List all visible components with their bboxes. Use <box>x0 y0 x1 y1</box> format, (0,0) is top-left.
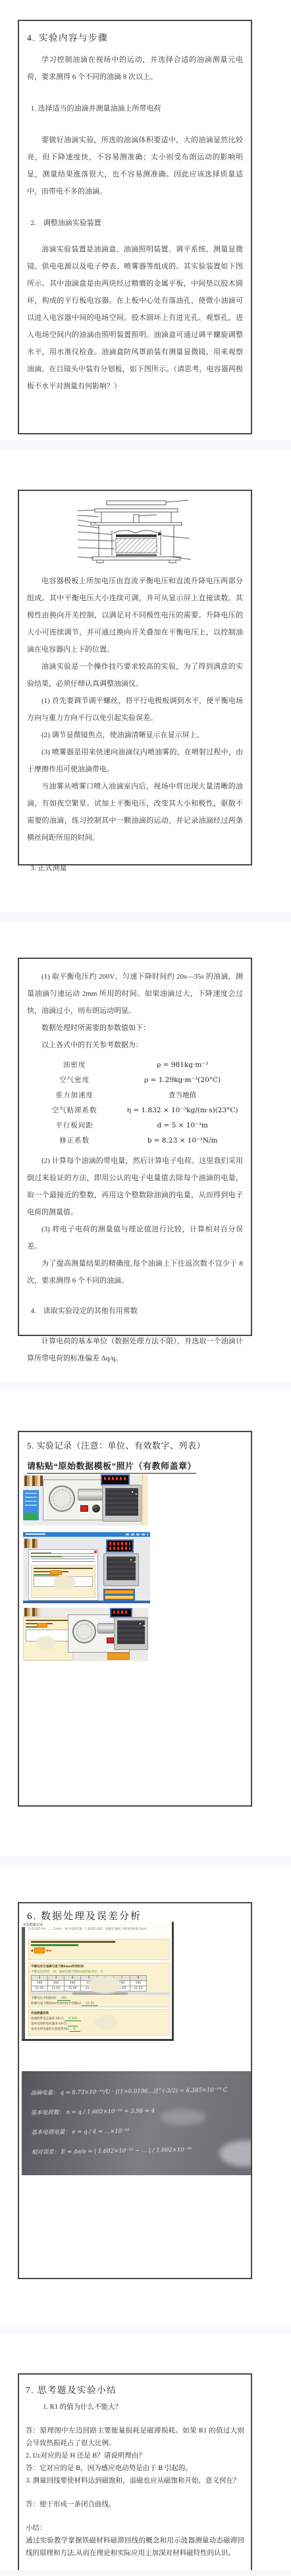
measurement-panel: 平衡电压与油滴匀速下降2mm所用时间 平衡电压(单位：V)、油滴匀速下降2mm时… <box>28 1963 170 2007</box>
table-header-row: 2345678 <box>32 1976 147 1981</box>
summary-text: 通过实验教学掌握铁磁材料磁滞回线的概念和用示波器测量动态磁滞回线的原理和方法,从… <box>26 2535 244 2560</box>
lab-report-page: { "colors": { "page_band": "#f6f8fb", "b… <box>0 0 291 2576</box>
page-break-band <box>0 1381 291 1389</box>
page-break-band <box>0 2570 291 2576</box>
record-form <box>23 1617 73 1661</box>
paragraph: 计算电荷的基本单位（数据处理方法不限），并选取一个油滴计算所带电荷的标准偏差 Δ… <box>27 1333 243 1367</box>
screenshot-data-form <box>23 1532 150 1603</box>
voltage-cell: 192 <box>130 1981 147 1986</box>
result-err-label: 基本电荷电量的实验误差(%) <box>31 2028 68 2031</box>
parameter-row: 重力加速度 查当地值 <box>27 1088 243 1103</box>
section-record: 5. 实验记录（注意：单位、有效数字、列表） 请粘贴“原始数据模板”照片（有教师… <box>18 1431 252 1807</box>
photo-edge-strip <box>24 1539 38 1548</box>
avg-voltage-value: 192 <box>57 1997 71 2001</box>
stamp-blob <box>53 1575 76 1589</box>
viewing-monitor <box>102 1485 142 1522</box>
time-cell: 21.50 <box>32 1986 48 1992</box>
question-1: 1. R1 的值为什么不能大？ <box>26 2401 244 2413</box>
parameter-value: 查当地值 <box>122 1088 243 1103</box>
avg-time-label: 油滴匀速下降2mm所用时间平均值(s) <box>31 2002 81 2005</box>
parameter-label: 平行板间距 <box>27 1118 122 1133</box>
paragraph: 要做好油滴实验，所选的油滴体积要适中，大的油滴显然比较亮，但下降速度快，不容易测… <box>27 132 243 200</box>
handwritten-line: 相对误差： E = Δe/e = | 1.602×10⁻¹⁹ − … | / 1… <box>32 2139 245 2163</box>
parameter-row: 修正系数 b = 8.23 × 10⁻³N/m <box>27 1133 243 1148</box>
start-button <box>24 1514 38 1519</box>
power-button <box>107 1637 114 1643</box>
subheading: 2. 调整油滴实验装置 <box>27 215 243 232</box>
screenshot-data-record: 实验数据记录 1.01325 Pa；……5mm；单元电荷电量：1.602E-19… <box>22 1922 174 2041</box>
question-3: 3. 测量回线要使材料达到磁饱和，退磁也应从磁饱和开始，意义何在？ <box>26 2475 244 2487</box>
table-header-cell: 4 <box>65 1976 81 1981</box>
parameter-label: 油密度 <box>27 1058 122 1073</box>
subheading: 4. 读取实验设定的其他有用常数 <box>27 1302 243 1320</box>
status-panel: ● ▬▬ <box>28 1939 170 1960</box>
control-knob <box>92 1505 100 1512</box>
parameter-table: 油密度 ρ = 981kg·m⁻³ 空气密度 ρ = 1.29kg·m⁻³(20… <box>27 1058 243 1148</box>
form-edge <box>142 1474 148 1526</box>
record-sheet-window <box>28 1549 98 1601</box>
voltage-cell: 192 <box>48 1981 65 1986</box>
photo-edge-strip <box>24 1476 43 1486</box>
avg-time-value: 21.52 <box>82 2002 98 2006</box>
viewing-monitor <box>103 1553 139 1586</box>
paragraph: 学习控制油滴在视场中的运动，并选择合适的油滴测量元电荷，要求测得 6 个不同的油… <box>27 51 243 86</box>
paragraph: 油滴实验装置是油滴盒、油滴照明装置、调平系统、测量显微镜、供电电源以及电子停表、… <box>27 241 243 395</box>
page-break-band <box>0 912 291 921</box>
section-experiment-steps: 4. 实验内容与步骤 学习控制油滴在视场中的运动，并选择合适的油滴测量元电荷，要… <box>18 20 252 434</box>
page-break-band <box>0 2325 291 2334</box>
timer-led-display <box>101 1474 130 1485</box>
timer-led-display <box>106 1539 134 1553</box>
environment-parameters: 1.01325 Pa；……5mm；单元电荷电量：1.602E-19C；油滴在图标… <box>28 1928 171 1932</box>
section-apparatus: 电容器极板上所加电压由直流平衡电压和直流升降电压两部分组成。其中平衡电压大小连续… <box>18 490 252 865</box>
power-button <box>80 1505 88 1512</box>
section-title: 5. 实验记录（注意：单位、有效数字、列表） <box>27 1439 243 1451</box>
instruction-text <box>32 1553 95 1562</box>
paragraph: 电容器极板上所加电压由直流平衡电压和直流升降电压两部分组成。其中平衡电压大小连续… <box>27 573 243 658</box>
stamp-blob <box>88 1976 121 1994</box>
photo-handwritten-calculation: 油滴电量： q = 8.73×10⁻¹⁴/U · [(1+0.0196…)]^(… <box>22 2071 251 2175</box>
table-header-cell: 8 <box>130 1976 147 1981</box>
handwritten-line: 油滴电量： q = 8.73×10⁻¹⁴/U · [(1+0.0196…)]^(… <box>30 2080 244 2103</box>
confirm-settings-button <box>34 1947 45 1953</box>
subheading: 1. 选择适当的油滴并测量油滴上所带电荷 <box>27 100 243 117</box>
parameter-label: 空气密度 <box>27 1073 122 1088</box>
answer-1: 答：原理图中左边回路主要能量损耗是磁滞损耗。如果 R1 的值过大则会导致热损耗占… <box>26 2425 244 2450</box>
form-caption: 实验数据记录 <box>23 1922 43 1927</box>
section-measurement: (1) 取平衡电压约 200V、匀速下降时间约 20s—35s 的油滴，测量油滴… <box>18 958 252 1336</box>
form-sidebar <box>22 1927 25 2039</box>
confirm-button <box>37 1623 47 1628</box>
submit-button <box>105 1590 134 1594</box>
focus-dial <box>72 1620 96 1643</box>
parameter-row: 空气粘滞系数 η = 1.832 × 10⁻⁵kg/(m·s)(23°C) <box>27 1103 243 1118</box>
cancel-button <box>105 1595 134 1599</box>
screenshot-virtual-apparatus <box>23 1474 148 1526</box>
oil-drop-box-diagram <box>72 499 198 569</box>
parameter-row: 空气密度 ρ = 1.29kg·m⁻³(20°C) <box>27 1073 243 1088</box>
section-title: 6. 数据处理及误差分析 <box>27 1909 251 1922</box>
parameter-label: 重力加速度 <box>27 1088 122 1103</box>
paste-instruction: 请粘贴“原始数据模板”照片（有教师盖章） <box>27 1459 196 1474</box>
parameter-row: 油密度 ρ = 981kg·m⁻³ <box>27 1058 243 1073</box>
time-cell: 21.56 <box>65 1986 81 1992</box>
page-break-band <box>0 440 291 449</box>
software-menu-panel <box>23 1490 39 1520</box>
paragraph: 数据处理时所需要的参数值如下： <box>27 1019 243 1037</box>
summary-label: 小结： <box>26 2522 244 2535</box>
section-questions-summary: 7. 思考题及实验小结 1. R1 的值为什么不能大？ 答：原理图中左边回路主要… <box>18 2373 252 2576</box>
blank-line <box>26 2487 244 2498</box>
avg-voltage-label: 平衡电压平均值(V) <box>31 1997 56 2000</box>
focus-dial <box>49 1485 75 1512</box>
paragraph: (1) 首先要调节调平螺丝，将平行电极板调到水平，使平衡电场方向与重力方向平行以… <box>27 692 243 727</box>
viewing-monitor <box>114 1617 148 1650</box>
photo-edge-strip <box>24 1608 40 1616</box>
parameter-label: 修正系数 <box>27 1133 122 1148</box>
record-form <box>31 1565 95 1598</box>
section-title: 4. 实验内容与步骤 <box>27 30 243 43</box>
redaction-smudge <box>160 2109 206 2125</box>
parameter-label: 空气粘滞系数 <box>27 1103 122 1118</box>
result-q-label: 油滴的带电总量(E-19 C) <box>31 2017 64 2021</box>
handwritten-formulas: 油滴电量： q = 8.73×10⁻¹⁴/U · [(1+0.0196…)]^(… <box>30 2080 245 2163</box>
parameter-value: b = 8.23 × 10⁻³N/m <box>122 1133 243 1148</box>
time-cell: 21.62 <box>48 1986 65 1992</box>
result-err-value: 0. <box>70 2028 80 2032</box>
paragraph: (2) 调节显微镜焦点，使油滴清晰显示在显示屏上。 <box>27 727 243 744</box>
voltage-cell: 192 <box>32 1981 48 1986</box>
answer-2: 答：它对应的是 B，因为感应电动势是由于 B 引起的。 <box>26 2462 244 2475</box>
blank-line <box>26 2511 244 2522</box>
stamp-blob <box>95 2015 117 2030</box>
parameter-value: ρ = 981kg·m⁻³ <box>122 1058 243 1073</box>
answer-3: 答：便于形成一条闭合曲线。 <box>26 2498 244 2511</box>
stamp-blob <box>36 1636 55 1649</box>
table-note: 平衡电压(单位：V)、油滴匀速下降2mm时间(单位：s) <box>31 1970 169 1974</box>
screenshot-form-and-apparatus <box>23 1608 148 1661</box>
paragraph: (3) 将电子电荷的测量值与理论值进行比较，计算相对百分误差。 <box>27 1221 243 1255</box>
paragraph: 以上各式中的有关参考数据为： <box>27 1037 243 1054</box>
parameter-value: η = 1.832 × 10⁻⁵kg/(m·s)(23°C) <box>122 1103 243 1118</box>
table-header-cell: 3 <box>48 1976 65 1981</box>
paragraph: (2) 计算每个油滴的带电量，然后计算电子电荷。这里我们采用倒过来验证的方法，即… <box>27 1152 243 1221</box>
confirm-button <box>50 1570 62 1575</box>
section-title: 7. 思考题及实验小结 <box>26 2383 244 2396</box>
time-cell: 21.52 <box>130 1986 147 1992</box>
parameter-value: d = 5 × 10⁻³m <box>122 1118 243 1133</box>
result-e-value <box>68 2022 78 2026</box>
result-panel: 实验测量结果 油滴的带电总量(E-19 C) 6.395 基本电荷的电荷量(E-… <box>28 2009 170 2036</box>
section-data-processing: 6. 数据处理及误差分析 实验数据记录 1.01325 Pa；……5mm；单元电… <box>18 1902 252 2279</box>
table-header-cell: 2 <box>32 1976 48 1981</box>
taskbar <box>23 1601 150 1603</box>
parameter-row: 平行板间距 d = 5 × 10⁻³m <box>27 1118 243 1133</box>
timer-led-display <box>110 1608 132 1618</box>
spray-cylinder <box>78 1489 103 1501</box>
result-title: 实验测量结果 <box>31 2011 169 2015</box>
result-e-label: 基本电荷的电荷量(E-19 C) <box>31 2022 66 2026</box>
submit-button <box>107 1653 130 1660</box>
subheading: 3. 正式测量 <box>27 860 243 877</box>
result-q-value: 6.395 <box>65 2017 81 2021</box>
window-titlebar <box>23 1532 150 1537</box>
voltage-cell: 192 <box>65 1981 81 1986</box>
table-title: 平衡电压与油滴匀速下降2mm所用时间 <box>31 1965 169 1969</box>
paragraph: 油滴实验是一个操作技巧要求较高的实验，为了得到满意的实验结果，必须仔细认真调整油… <box>27 658 243 692</box>
parameter-value: ρ = 1.29kg·m⁻³(20°C) <box>122 1073 243 1088</box>
question-2: 2. Uc对应的是 H 还是 B？请说明理由？ <box>26 2450 244 2462</box>
paragraph: 当油雾从喷雾口喷入油滴室内后，视场中将出现大量清晰的油滴，有如夜空繁星。试加上平… <box>27 778 243 846</box>
paragraph: (3) 喷雾器是用来快速向油滴仪内喷油雾的，在喷射过程中，由于摩擦作用可使油滴带… <box>27 744 243 778</box>
blank-line <box>26 2413 244 2425</box>
page-break-band <box>0 1856 291 1865</box>
paragraph: (1) 取平衡电压约 200V、匀速下降时间约 20s—35s 的油滴，测量油滴… <box>27 968 243 1019</box>
paragraph: 为了提高测量结果的精确度,每个油滴上下往返次数不宜少于 8 次，要求测得 6 个… <box>27 1255 243 1289</box>
